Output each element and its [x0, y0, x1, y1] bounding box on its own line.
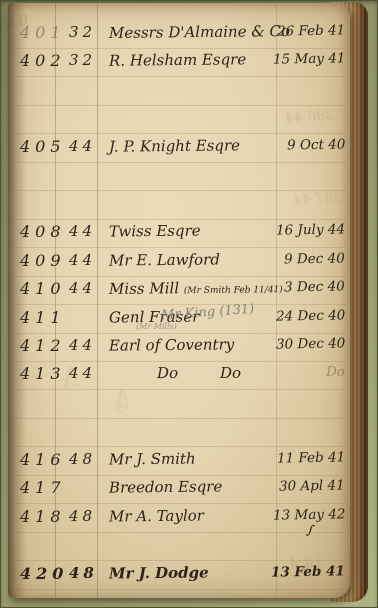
ruled-line [12, 219, 346, 220]
entry-name: Do [157, 364, 178, 382]
folio-number: 48 [69, 564, 98, 582]
entry-name: R. Helsham Esqre [109, 51, 246, 70]
entry-number: 409 [20, 251, 66, 270]
entry-name: Twiss Esqre [109, 222, 201, 241]
entry-name-note: (Mr Smith Feb 11/41) [184, 285, 283, 296]
entry-date: Do [326, 364, 345, 380]
ledger-row: 41044Miss Mill (Mr Smith Feb 11/41)3 Dec… [8, 279, 350, 307]
entry-name: Mr J. Smith [109, 449, 196, 468]
ledger-row: 41344DoDoDo [8, 364, 350, 392]
ledger-row: 40544J. P. Knight Esqre9 Oct 40 [8, 137, 350, 165]
entry-number: 420 [20, 564, 68, 583]
photo-frame: 386 44 387 44 40 4 4 14 4 40132Messrs D'… [0, 0, 378, 608]
date-flourish: ∫ [306, 522, 316, 538]
entry-number: 411 [20, 308, 66, 327]
ruled-line [12, 105, 346, 106]
bleed-ghost: 387 44 [293, 189, 343, 208]
ledger-row: 417Breedon Esqre30 Apl 41 [8, 478, 350, 506]
entry-number: 410 [20, 279, 66, 298]
entry-number: 413 [20, 364, 66, 383]
ledger-row: 40132Messrs D'Almaine & Co26 Feb 41 [8, 23, 350, 51]
entry-number: 412 [20, 336, 66, 355]
entry-name: Mr A. Taylor [109, 506, 204, 525]
entry-date: 26 Feb 41 [277, 22, 345, 39]
ruled-line [12, 418, 346, 419]
ledger-row: 41848Mr A. Taylor13 May 42∫ [8, 507, 350, 535]
entry-date: 15 May 41 [272, 51, 345, 68]
entry-number: 408 [20, 222, 66, 241]
folio-number: 44 [69, 364, 96, 382]
ledger-row: 42048Mr J. Dodge13 Feb 41 [8, 564, 350, 592]
entry-date: 13 Feb 41 [271, 563, 345, 580]
pencil-subnote: (Mr Mills) [136, 322, 177, 331]
entry-number: 418 [20, 507, 66, 526]
ruled-line [12, 133, 346, 134]
bleed-ghost: 386 44 [285, 108, 335, 127]
folio-number: 48 [69, 507, 96, 525]
entry-name: Mr J. Dodge [109, 563, 209, 582]
entry-date: 16 July 44 [276, 222, 345, 239]
folio-number: 44 [69, 222, 96, 240]
ruled-line [12, 190, 346, 191]
ledger-row: 41244Earl of Coventry30 Dec 40 [8, 336, 350, 364]
entry-number: 401 [20, 23, 66, 42]
ledger-row: 411Genl FraserMr King (131)(Mr Mills)24 … [8, 308, 350, 336]
entry-name: Breedon Esqre [109, 478, 222, 497]
entry-date: 11 Feb 41 [277, 449, 345, 466]
entry-name: Earl of Coventry [109, 335, 234, 354]
folio-number: 48 [69, 450, 96, 468]
ledger-row: 40232R. Helsham Esqre15 May 41 [8, 51, 350, 79]
entry-name: J. P. Knight Esqre [109, 136, 240, 155]
ledger-page: 386 44 387 44 40 4 4 14 4 40132Messrs D'… [8, 3, 350, 598]
ledger-row: 40944Mr E. Lawford9 Dec 40 [8, 251, 350, 279]
entry-number: 417 [20, 478, 66, 497]
ruled-line [12, 446, 346, 447]
entry-number: 402 [20, 51, 66, 70]
entry-date: 9 Dec 40 [284, 250, 345, 267]
entry-name-ditto: Do [220, 364, 241, 382]
entry-number: 416 [20, 450, 66, 469]
entry-date: 30 Apl 41 [279, 478, 345, 495]
ledger-photo: { "colors":{"ink":"#2e2317","pencil":"#8… [0, 0, 378, 608]
ledger-row: 41648Mr J. Smith11 Feb 41 [8, 450, 350, 478]
folio-number: 44 [69, 336, 96, 354]
entry-date: 24 Dec 40 [276, 307, 346, 324]
entry-name: Messrs D'Almaine & Co [109, 22, 290, 42]
entry-date: 9 Oct 40 [286, 136, 345, 153]
ledger-row: 40844Twiss Esqre16 July 44 [8, 222, 350, 250]
folio-number: 44 [69, 279, 96, 297]
folio-number: 44 [69, 137, 96, 155]
entry-date: 13 May 42 [272, 506, 345, 523]
folio-number: 32 [69, 51, 96, 69]
entry-number: 405 [20, 137, 66, 156]
entry-name: Miss Mill (Mr Smith Feb 11/41) [109, 278, 283, 298]
folio-number: 44 [69, 251, 96, 269]
folio-number: 32 [69, 23, 96, 41]
entry-date: 30 Dec 40 [276, 335, 346, 352]
entry-date: 3 Dec 40 [284, 279, 345, 296]
entry-name: Mr E. Lawford [109, 250, 220, 269]
